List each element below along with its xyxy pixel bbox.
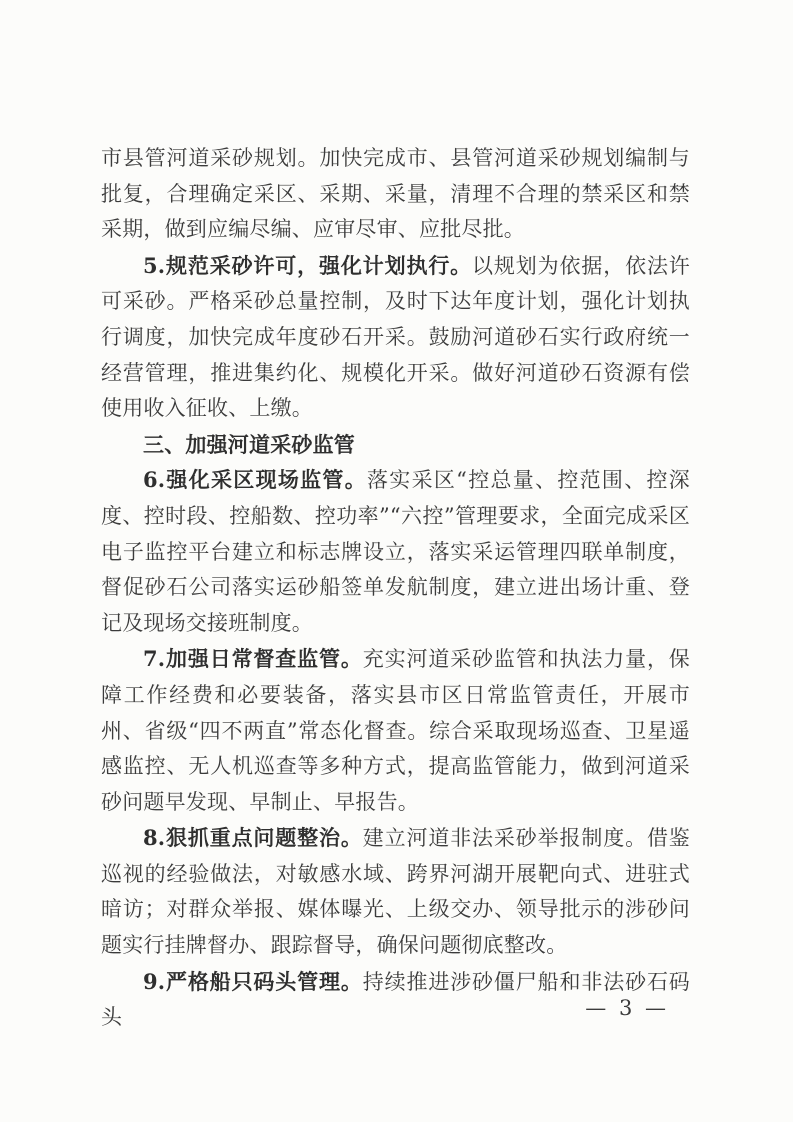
paragraph-lead: 5.规范采砂许可，强化计划执行。 xyxy=(143,253,472,278)
document-body: 市县管河道采砂规划。加快完成市、县管河道采砂规划编制与批复，合理确定采区、采期、… xyxy=(101,141,690,1036)
paragraph-text: 以规划为依据，依法许可采砂。严格采砂总量控制，及时下达年度计划，强化计划执行调度… xyxy=(101,254,690,420)
paragraph-continuation: 市县管河道采砂规划。加快完成市、县管河道采砂规划编制与批复，合理确定采区、采期、… xyxy=(101,141,690,248)
paragraph-lead: 8.狠抓重点问题整治。 xyxy=(143,825,363,850)
paragraph-text: 充实河道采砂监管和执法力量，保障工作经费和必要装备，落实县市区日常监管责任，开展… xyxy=(101,647,690,813)
paragraph-item-7: 7.加强日常督查监管。充实河道采砂监管和执法力量，保障工作经费和必要装备，落实县… xyxy=(101,641,690,820)
paragraph-item-5: 5.规范采砂许可，强化计划执行。以规划为依据，依法许可采砂。严格采砂总量控制，及… xyxy=(101,248,690,427)
section-heading: 三、加强河道采砂监管 xyxy=(101,427,690,463)
document-page: 市县管河道采砂规划。加快完成市、县管河道采砂规划编制与批复，合理确定采区、采期、… xyxy=(0,0,793,1122)
paragraph-lead: 7.加强日常督查监管。 xyxy=(143,646,363,671)
paragraph-text: 落实采区“控总量、控范围、控深度、控时段、控船数、控功率”“六控”管理要求，全面… xyxy=(101,468,690,634)
paragraph-item-6: 6.强化采区现场监管。落实采区“控总量、控范围、控深度、控时段、控船数、控功率”… xyxy=(101,462,690,641)
paragraph-item-8: 8.狠抓重点问题整治。建立河道非法采砂举报制度。借鉴巡视的经验做法，对敏感水域、… xyxy=(101,820,690,963)
paragraph-lead: 9.严格船只码头管理。 xyxy=(143,969,363,994)
paragraph-lead: 6.强化采区现场监管。 xyxy=(143,467,367,492)
page-number: — 3 — xyxy=(585,996,669,1020)
